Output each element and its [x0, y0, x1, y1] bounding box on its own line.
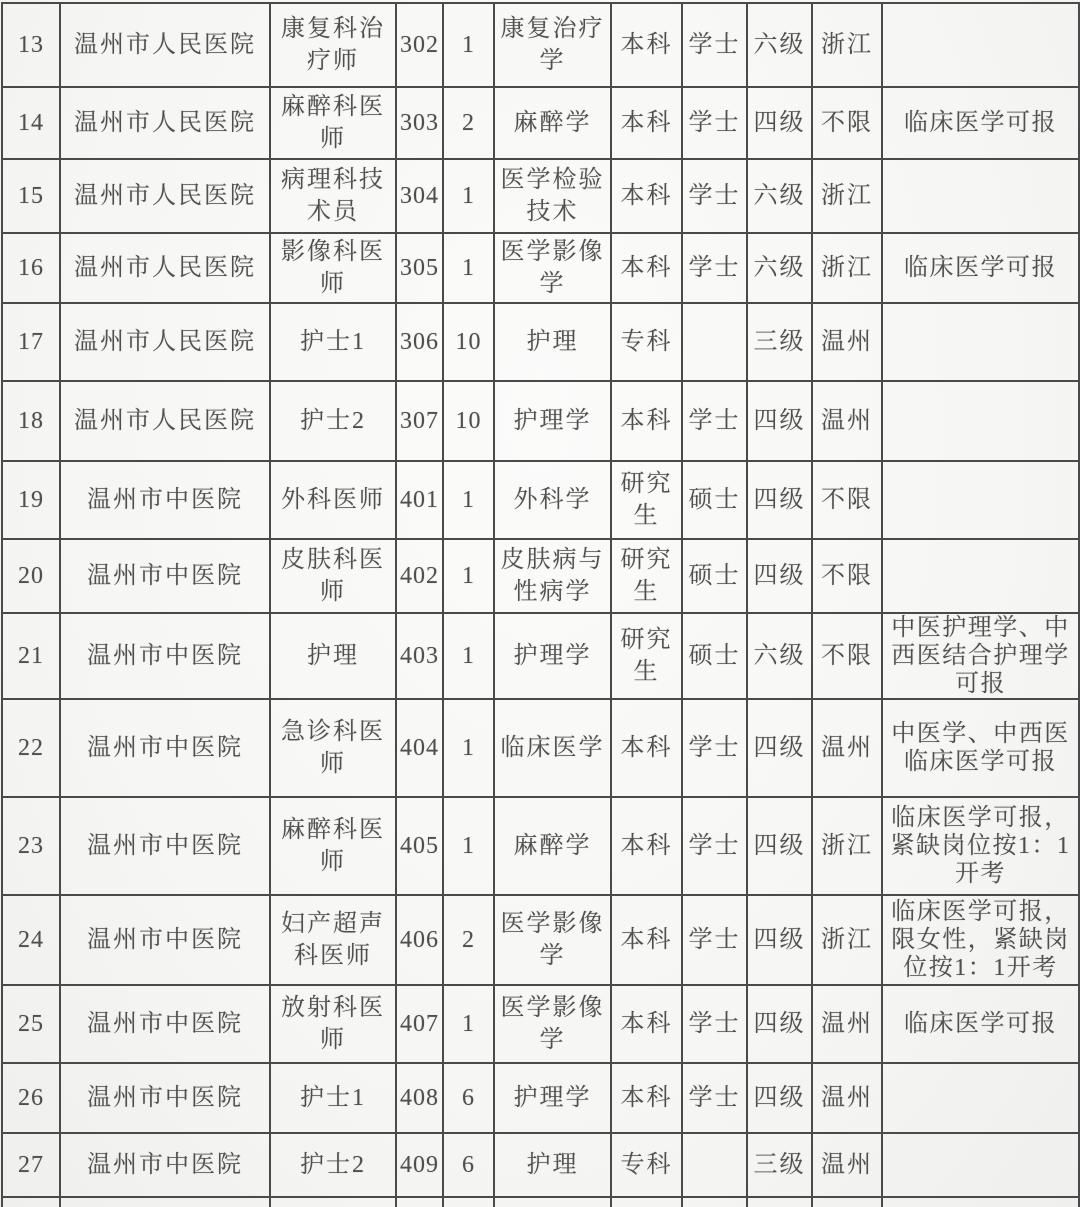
cell-position: 放射科医师 — [270, 985, 396, 1063]
cell-education: 本科 — [611, 699, 682, 797]
cell-count: 2 — [443, 87, 494, 159]
table-row: 18温州市人民医院护士230710护理学本科学士四级温州 — [2, 381, 1079, 461]
cell-index: 23 — [2, 797, 60, 895]
cell-major: 护理 — [494, 1133, 611, 1197]
cell-index: 25 — [2, 985, 60, 1063]
cell-index: 22 — [2, 699, 60, 797]
cell-education: 本科 — [611, 159, 682, 233]
cell-position: 护士1 — [270, 303, 396, 381]
cell-household: 温州 — [812, 699, 882, 797]
cell-education: 专科 — [611, 1133, 682, 1197]
cell-degree — [682, 303, 747, 381]
cell-index: 16 — [2, 233, 60, 303]
cell-code: 409 — [396, 1133, 443, 1197]
cell-degree: 学士 — [682, 985, 747, 1063]
cell-household: 浙江 — [812, 3, 882, 87]
cell-major: 医学影像学 — [494, 895, 611, 985]
cell-empty — [270, 1197, 396, 1207]
cell-hospital: 温州市中医院 — [60, 699, 270, 797]
cell-education: 本科 — [611, 381, 682, 461]
cell-notes: 临床医学可报，紧缺岗位按1：1开考 — [882, 797, 1079, 895]
cell-household: 不限 — [812, 461, 882, 539]
cell-english: 四级 — [747, 87, 812, 159]
cell-household: 温州 — [812, 1133, 882, 1197]
cell-position: 影像科医师 — [270, 233, 396, 303]
cell-index: 14 — [2, 87, 60, 159]
table-row: 23温州市中医院麻醉科医师4051麻醉学本科学士四级浙江临床医学可报，紧缺岗位按… — [2, 797, 1079, 895]
cell-hospital: 温州市中医院 — [60, 461, 270, 539]
cell-hospital: 温州市人民医院 — [60, 381, 270, 461]
cell-degree: 学士 — [682, 797, 747, 895]
cell-major: 医学影像学 — [494, 233, 611, 303]
cell-degree: 硕士 — [682, 539, 747, 613]
table-row: 22温州市中医院急诊科医师4041临床医学本科学士四级温州中医学、中西医临床医学… — [2, 699, 1079, 797]
table-row: 14温州市人民医院麻醉科医师3032麻醉学本科学士四级不限临床医学可报 — [2, 87, 1079, 159]
cell-count: 1 — [443, 797, 494, 895]
cell-position: 护士2 — [270, 1133, 396, 1197]
cell-empty — [882, 1197, 1079, 1207]
cell-degree: 学士 — [682, 87, 747, 159]
cell-education: 专科 — [611, 303, 682, 381]
cell-english: 四级 — [747, 797, 812, 895]
cell-degree: 硕士 — [682, 613, 747, 699]
cell-hospital: 温州市中医院 — [60, 539, 270, 613]
cell-major: 皮肤病与性病学 — [494, 539, 611, 613]
cell-code: 406 — [396, 895, 443, 985]
cell-english: 三级 — [747, 303, 812, 381]
cell-code: 306 — [396, 303, 443, 381]
cell-code: 401 — [396, 461, 443, 539]
cell-notes: 中医护理学、中西医结合护理学可报 — [882, 613, 1079, 699]
cell-position: 麻醉科医师 — [270, 87, 396, 159]
cell-code: 304 — [396, 159, 443, 233]
cell-empty — [443, 1197, 494, 1207]
cell-household: 温州 — [812, 1063, 882, 1133]
cell-education: 本科 — [611, 233, 682, 303]
cell-index: 20 — [2, 539, 60, 613]
cell-degree: 学士 — [682, 233, 747, 303]
cell-position: 护士1 — [270, 1063, 396, 1133]
cell-count: 1 — [443, 233, 494, 303]
cell-notes — [882, 3, 1079, 87]
cell-english: 四级 — [747, 895, 812, 985]
table-row-partial — [2, 1197, 1079, 1207]
recruitment-positions-table: 13温州市人民医院康复科治疗师3021康复治疗学本科学士六级浙江14温州市人民医… — [1, 2, 1080, 1207]
cell-index: 19 — [2, 461, 60, 539]
cell-notes: 临床医学可报，限女性，紧缺岗位按1：1开考 — [882, 895, 1079, 985]
cell-major: 康复治疗学 — [494, 3, 611, 87]
cell-hospital: 温州市中医院 — [60, 613, 270, 699]
cell-count: 1 — [443, 699, 494, 797]
cell-index: 15 — [2, 159, 60, 233]
cell-count: 1 — [443, 3, 494, 87]
cell-code: 403 — [396, 613, 443, 699]
table-row: 13温州市人民医院康复科治疗师3021康复治疗学本科学士六级浙江 — [2, 3, 1079, 87]
cell-index: 26 — [2, 1063, 60, 1133]
cell-hospital: 温州市中医院 — [60, 797, 270, 895]
cell-code: 302 — [396, 3, 443, 87]
cell-code: 303 — [396, 87, 443, 159]
cell-degree: 硕士 — [682, 461, 747, 539]
table-row: 24温州市中医院妇产超声科医师4062医学影像学本科学士四级浙江临床医学可报，限… — [2, 895, 1079, 985]
cell-position: 护理 — [270, 613, 396, 699]
cell-position: 病理科技术员 — [270, 159, 396, 233]
cell-household: 不限 — [812, 87, 882, 159]
table-row: 27温州市中医院护士24096护理专科三级温州 — [2, 1133, 1079, 1197]
cell-education: 研究生 — [611, 539, 682, 613]
table-row: 21温州市中医院护理4031护理学研究生硕士六级不限中医护理学、中西医结合护理学… — [2, 613, 1079, 699]
cell-english: 三级 — [747, 1133, 812, 1197]
cell-index: 27 — [2, 1133, 60, 1197]
cell-major: 医学影像学 — [494, 985, 611, 1063]
cell-code: 307 — [396, 381, 443, 461]
cell-position: 皮肤科医师 — [270, 539, 396, 613]
cell-code: 305 — [396, 233, 443, 303]
cell-household: 浙江 — [812, 159, 882, 233]
cell-notes: 临床医学可报 — [882, 233, 1079, 303]
cell-degree — [682, 1133, 747, 1197]
cell-empty — [60, 1197, 270, 1207]
cell-index: 17 — [2, 303, 60, 381]
cell-index: 24 — [2, 895, 60, 985]
cell-count: 2 — [443, 895, 494, 985]
cell-notes: 临床医学可报 — [882, 985, 1079, 1063]
cell-index: 18 — [2, 381, 60, 461]
cell-count: 10 — [443, 303, 494, 381]
cell-empty — [494, 1197, 611, 1207]
cell-major: 麻醉学 — [494, 87, 611, 159]
table-row: 17温州市人民医院护士130610护理专科三级温州 — [2, 303, 1079, 381]
cell-degree: 学士 — [682, 1063, 747, 1133]
cell-count: 6 — [443, 1063, 494, 1133]
cell-education: 研究生 — [611, 613, 682, 699]
cell-major: 麻醉学 — [494, 797, 611, 895]
cell-notes — [882, 461, 1079, 539]
cell-notes: 临床医学可报 — [882, 87, 1079, 159]
cell-hospital: 温州市中医院 — [60, 895, 270, 985]
cell-code: 402 — [396, 539, 443, 613]
cell-empty — [812, 1197, 882, 1207]
cell-english: 六级 — [747, 159, 812, 233]
cell-hospital: 温州市人民医院 — [60, 303, 270, 381]
table-row: 20温州市中医院皮肤科医师4021皮肤病与性病学研究生硕士四级不限 — [2, 539, 1079, 613]
cell-empty — [611, 1197, 682, 1207]
cell-english: 六级 — [747, 3, 812, 87]
cell-hospital: 温州市人民医院 — [60, 87, 270, 159]
cell-hospital: 温州市人民医院 — [60, 233, 270, 303]
cell-degree: 学士 — [682, 381, 747, 461]
cell-degree: 学士 — [682, 159, 747, 233]
cell-education: 本科 — [611, 985, 682, 1063]
cell-code: 405 — [396, 797, 443, 895]
cell-notes — [882, 1133, 1079, 1197]
cell-household: 浙江 — [812, 797, 882, 895]
cell-notes — [882, 381, 1079, 461]
cell-code: 407 — [396, 985, 443, 1063]
cell-hospital: 温州市中医院 — [60, 1063, 270, 1133]
cell-english: 四级 — [747, 699, 812, 797]
cell-index: 21 — [2, 613, 60, 699]
cell-household: 不限 — [812, 539, 882, 613]
cell-notes — [882, 1063, 1079, 1133]
cell-position: 外科医师 — [270, 461, 396, 539]
cell-position: 麻醉科医师 — [270, 797, 396, 895]
cell-education: 本科 — [611, 797, 682, 895]
cell-english: 四级 — [747, 1063, 812, 1133]
cell-major: 医学检验技术 — [494, 159, 611, 233]
cell-count: 1 — [443, 539, 494, 613]
cell-notes: 中医学、中西医临床医学可报 — [882, 699, 1079, 797]
cell-notes — [882, 159, 1079, 233]
cell-education: 本科 — [611, 3, 682, 87]
cell-major: 护理学 — [494, 1063, 611, 1133]
document-page: 13温州市人民医院康复科治疗师3021康复治疗学本科学士六级浙江14温州市人民医… — [0, 0, 1080, 1207]
cell-empty — [682, 1197, 747, 1207]
cell-english: 六级 — [747, 233, 812, 303]
cell-count: 1 — [443, 613, 494, 699]
cell-degree: 学士 — [682, 895, 747, 985]
cell-household: 不限 — [812, 613, 882, 699]
cell-english: 四级 — [747, 985, 812, 1063]
cell-count: 6 — [443, 1133, 494, 1197]
cell-education: 本科 — [611, 87, 682, 159]
cell-household: 浙江 — [812, 895, 882, 985]
table-row: 16温州市人民医院影像科医师3051医学影像学本科学士六级浙江临床医学可报 — [2, 233, 1079, 303]
cell-degree: 学士 — [682, 699, 747, 797]
cell-major: 护理学 — [494, 613, 611, 699]
cell-notes — [882, 303, 1079, 381]
cell-empty — [747, 1197, 812, 1207]
cell-degree: 学士 — [682, 3, 747, 87]
cell-english: 四级 — [747, 381, 812, 461]
cell-code: 404 — [396, 699, 443, 797]
cell-major: 护理 — [494, 303, 611, 381]
cell-hospital: 温州市人民医院 — [60, 3, 270, 87]
cell-position: 急诊科医师 — [270, 699, 396, 797]
table-row: 25温州市中医院放射科医师4071医学影像学本科学士四级温州临床医学可报 — [2, 985, 1079, 1063]
table-row: 15温州市人民医院病理科技术员3041医学检验技术本科学士六级浙江 — [2, 159, 1079, 233]
cell-index: 13 — [2, 3, 60, 87]
cell-code: 408 — [396, 1063, 443, 1133]
cell-education: 本科 — [611, 1063, 682, 1133]
cell-count: 1 — [443, 461, 494, 539]
cell-household: 温州 — [812, 303, 882, 381]
cell-education: 研究生 — [611, 461, 682, 539]
cell-notes — [882, 539, 1079, 613]
cell-english: 四级 — [747, 461, 812, 539]
cell-education: 本科 — [611, 895, 682, 985]
cell-major: 临床医学 — [494, 699, 611, 797]
cell-count: 10 — [443, 381, 494, 461]
table-body: 13温州市人民医院康复科治疗师3021康复治疗学本科学士六级浙江14温州市人民医… — [2, 3, 1079, 1207]
cell-position: 康复科治疗师 — [270, 3, 396, 87]
table-row: 26温州市中医院护士14086护理学本科学士四级温州 — [2, 1063, 1079, 1133]
cell-position: 护士2 — [270, 381, 396, 461]
cell-english: 四级 — [747, 539, 812, 613]
cell-empty — [396, 1197, 443, 1207]
cell-count: 1 — [443, 985, 494, 1063]
cell-major: 护理学 — [494, 381, 611, 461]
cell-hospital: 温州市人民医院 — [60, 159, 270, 233]
cell-position: 妇产超声科医师 — [270, 895, 396, 985]
cell-english: 六级 — [747, 613, 812, 699]
cell-household: 温州 — [812, 381, 882, 461]
cell-hospital: 温州市中医院 — [60, 1133, 270, 1197]
cell-household: 浙江 — [812, 233, 882, 303]
cell-hospital: 温州市中医院 — [60, 985, 270, 1063]
cell-empty — [2, 1197, 60, 1207]
cell-household: 温州 — [812, 985, 882, 1063]
table-row: 19温州市中医院外科医师4011外科学研究生硕士四级不限 — [2, 461, 1079, 539]
cell-count: 1 — [443, 159, 494, 233]
cell-major: 外科学 — [494, 461, 611, 539]
